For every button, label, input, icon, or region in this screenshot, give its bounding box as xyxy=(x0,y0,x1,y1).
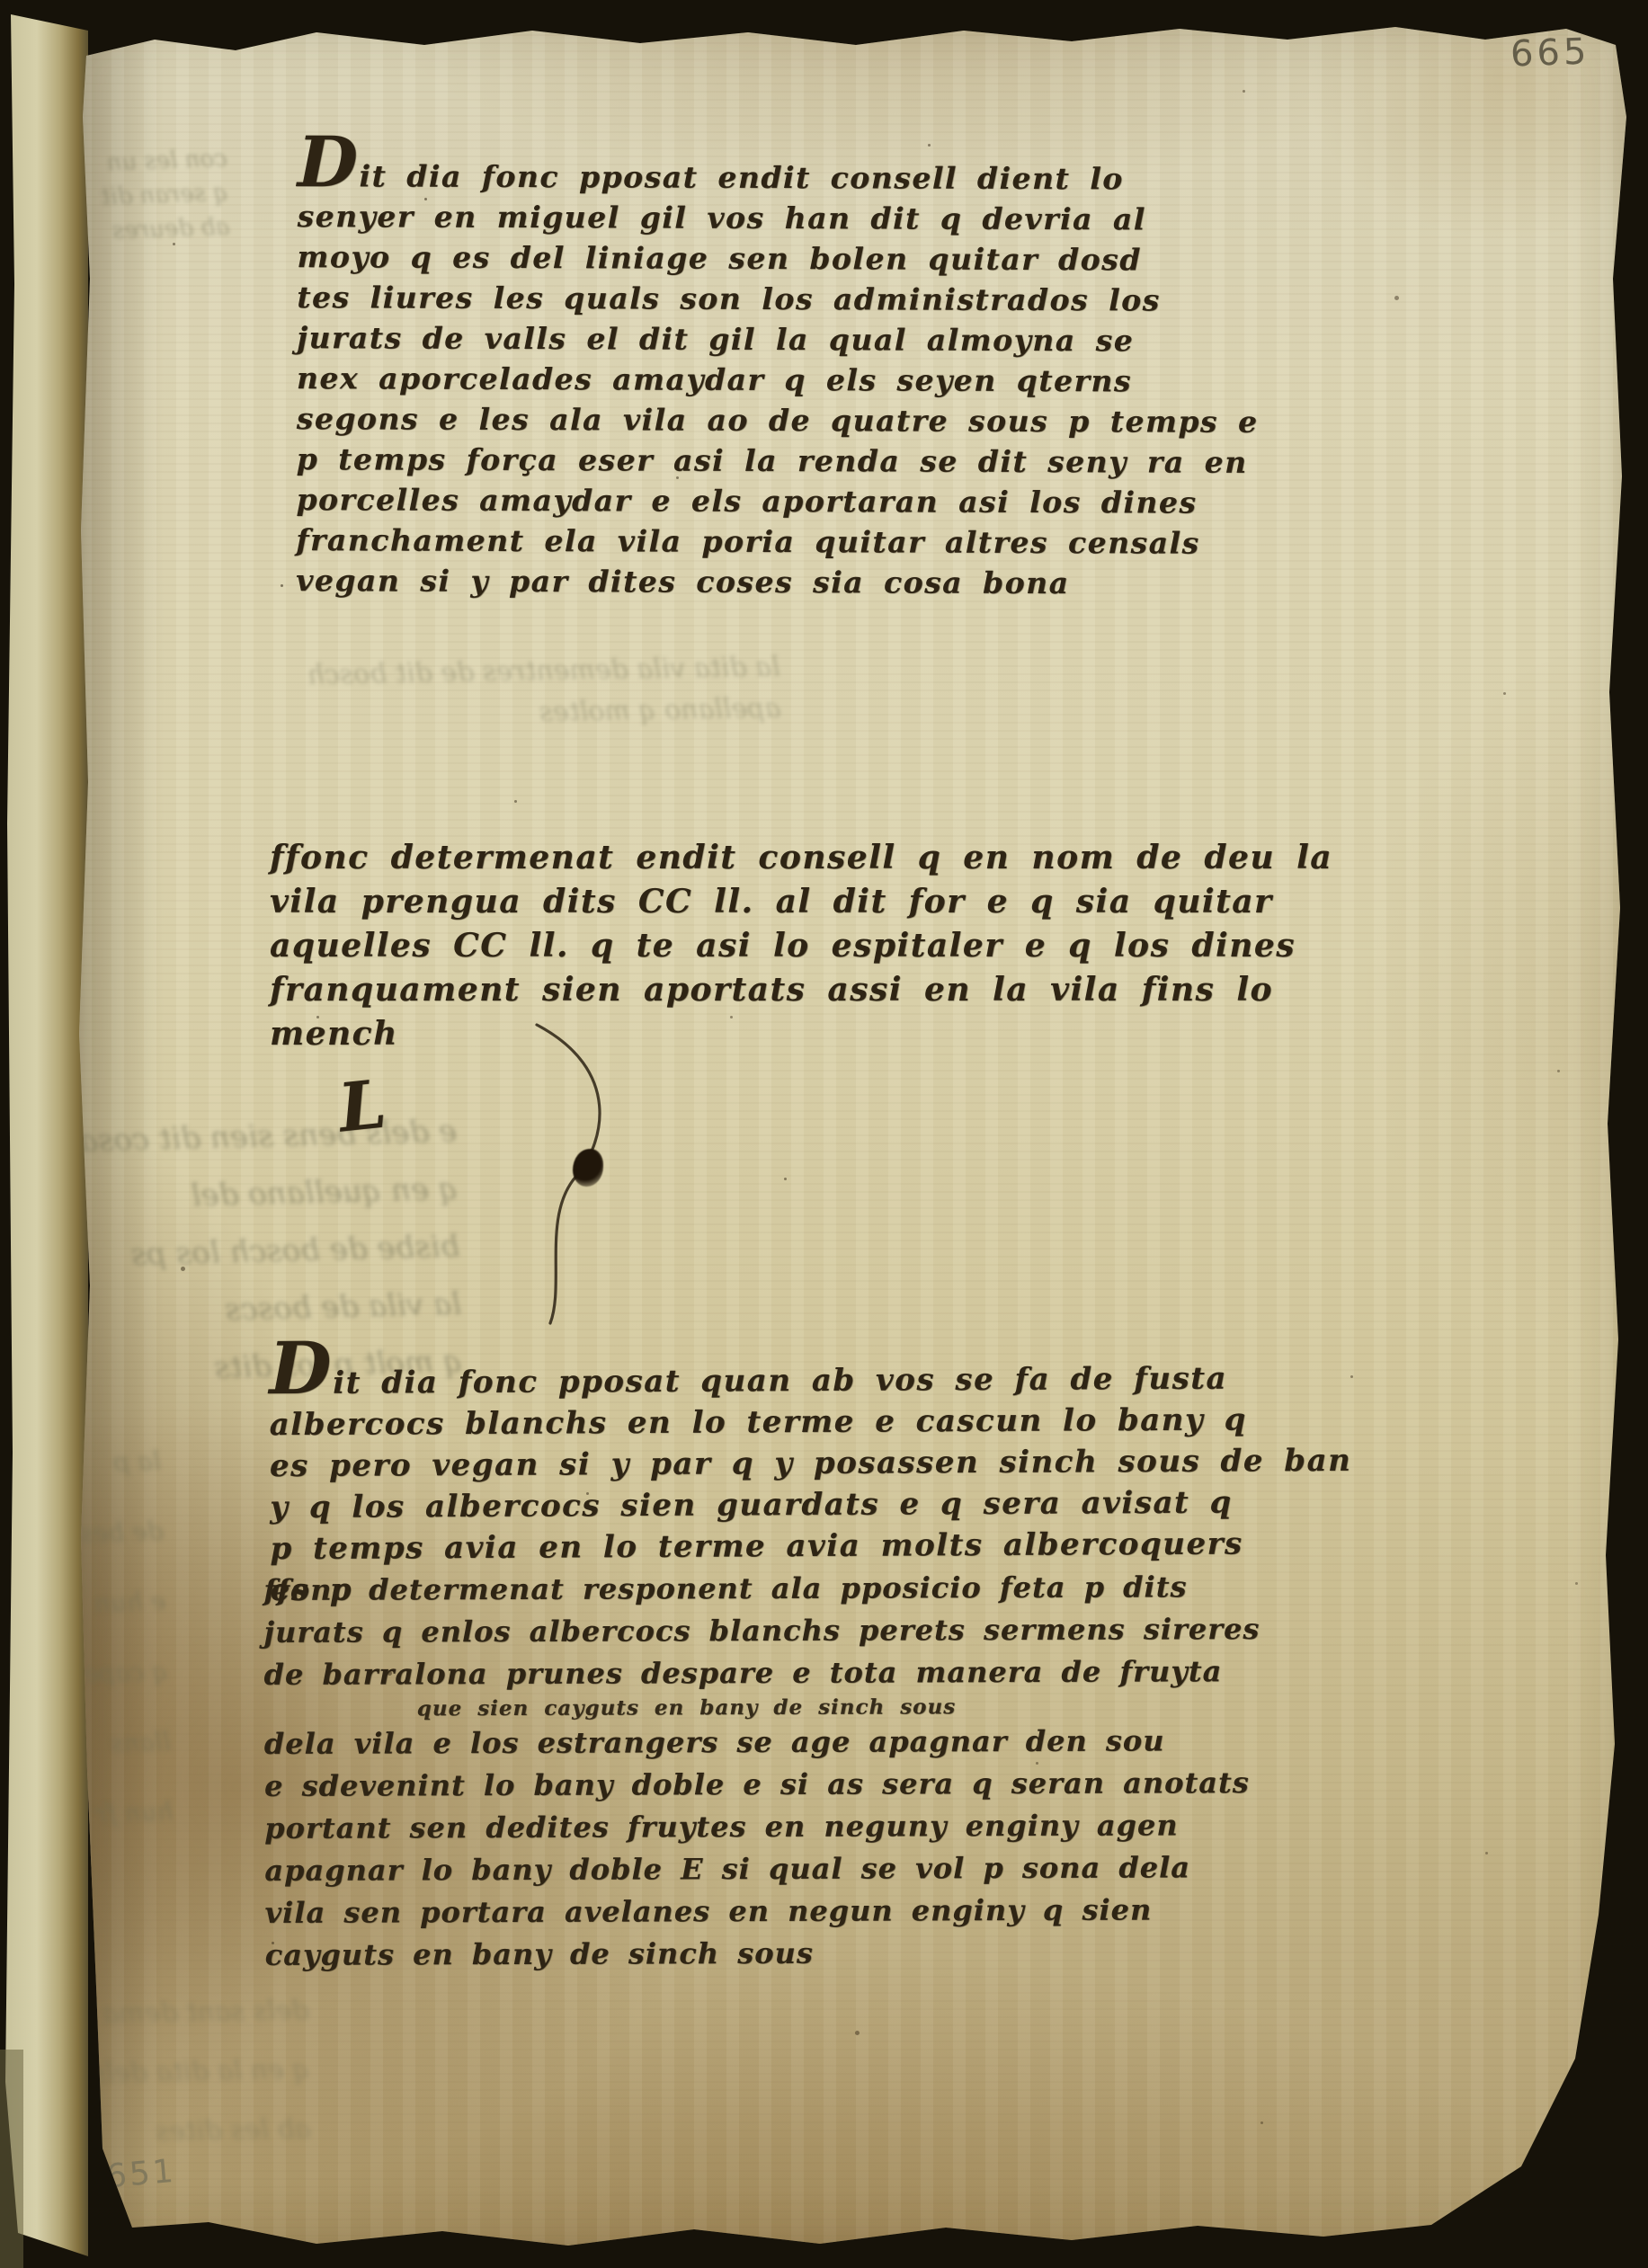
manuscript-line: de barralona prunes despare e tota maner… xyxy=(264,1650,1260,1696)
manuscript-line: vila prengua dits CC ll. al dit for e q … xyxy=(270,880,1332,924)
manuscript-line: porcelles amaydar e els aportaran asi lo… xyxy=(296,479,1258,523)
manuscript-line: tes liures les quals son los administrad… xyxy=(297,277,1259,321)
bleedthrough-line: q en quellano del xyxy=(81,1161,459,1228)
bleedthrough-line: e dels bens sien dit cosa xyxy=(79,1103,458,1170)
bleedthrough-cluster: dels sant dema q en la dita dels ab les … xyxy=(90,1981,311,2163)
manuscript-line: p temps avia en lo terme avia molts albe… xyxy=(270,1523,1352,1570)
bleedthrough-line: q seran dit xyxy=(100,176,228,215)
manuscript-line: dela vila e los estrangers se age apagna… xyxy=(264,1720,1260,1765)
pen-flourish-letter: L xyxy=(335,1066,390,1148)
manuscript-line: franquament sien aportats assi en la vil… xyxy=(270,968,1332,1012)
bleedthrough-cluster: la dita vila dementres de dit bosch apel… xyxy=(307,646,781,737)
manuscript-line: nex aporcelades amaydar q els seyen qter… xyxy=(297,358,1259,402)
paragraph-proposal-1: Dit dia fonc pposat endit consell dient … xyxy=(296,142,1260,604)
manuscript-line: jurats q enlos albercocs blanchs perets … xyxy=(263,1608,1260,1654)
manuscript-line: Dit dia fonc pposat endit consell dient … xyxy=(298,142,1260,200)
manuscript-interlinear-line: que sien cayguts en bany de sinch sous xyxy=(264,1693,1260,1723)
archive-page-number: 665 xyxy=(1510,31,1590,75)
bleedthrough-line: la p xyxy=(76,1427,162,1499)
manuscript-line: portant sen dedites fruytes en neguny en… xyxy=(264,1804,1260,1850)
manuscript-line: e sdevenint lo bany doble e si as sera q… xyxy=(264,1762,1260,1808)
manuscript-line: p temps força eser asi la renda se dit s… xyxy=(297,439,1259,483)
bleedthrough-line: e hun xyxy=(80,1566,166,1639)
manuscript-line: apagnar lo bany doble E si qual se vol p… xyxy=(264,1846,1260,1892)
bleedthrough-line: bisbe de bosch los ps xyxy=(82,1218,460,1285)
manuscript-line: ffonc determenat endit consell q en nom … xyxy=(270,836,1332,880)
bleedthrough-line: llans xyxy=(85,1706,172,1779)
manuscript-line: franchament ela vila poria quitar altres… xyxy=(296,520,1258,564)
manuscript-line: mench xyxy=(270,1012,1332,1056)
manuscript-scan: { "page": { "archive_page_number": "665"… xyxy=(0,0,1648,2268)
manuscript-line: y q los albercocs sien guardats e q sera… xyxy=(270,1481,1352,1528)
manuscript-line: segons e les ala vila ao de quatre sous … xyxy=(297,398,1259,442)
manuscript-line: cayguts en bany de sinch sous xyxy=(265,1931,1261,1977)
manuscript-line: es pero vegan si y par q y posassen sinc… xyxy=(270,1440,1352,1487)
manuscript-line: aquelles CC ll. q te asi lo espitaler e … xyxy=(270,924,1332,968)
manuscript-line: senyer en miguel gil vos han dit q devri… xyxy=(298,196,1260,240)
manuscript-line: moyo q es del liniage sen bolen quitar d… xyxy=(297,236,1259,280)
paragraph-resolution-1: ffonc determenat endit consell q en nom … xyxy=(270,836,1332,1056)
manuscript-line: vegan si y par dites coses sia cosa bona xyxy=(296,560,1258,604)
bleedthrough-line: hun fr xyxy=(87,1776,174,1849)
bleedthrough-line: dels sant dema xyxy=(90,1981,309,2044)
bleedthrough-cluster: la p de bes e hun q cape llans hun fr xyxy=(76,1427,174,1850)
manuscript-line: jurats de valls el dit gil la qual almoy… xyxy=(297,317,1259,361)
bleedthrough-line: ab deures xyxy=(102,210,230,249)
manuscript-line: vila sen portara avelanes en negun engin… xyxy=(264,1889,1260,1934)
underlying-page-edge xyxy=(5,14,88,2256)
bleedthrough-line: apellano q moltes xyxy=(307,688,781,737)
binding-edge-sliver xyxy=(0,2050,23,2268)
paragraph-resolution-2: ffonc determenat responent ala pposicio … xyxy=(263,1566,1261,1977)
bleedthrough-line: de bes xyxy=(78,1496,165,1569)
manuscript-line: ffonc determenat responent ala pposicio … xyxy=(263,1566,1260,1612)
bleedthrough-line: q cape xyxy=(83,1636,169,1709)
manuscript-page: con les un q seran dit ab deures la dita… xyxy=(47,9,1635,2261)
bleedthrough-line: con les un xyxy=(99,142,227,181)
manuscript-line: Dit dia fonc pposat quan ab vos se fa de… xyxy=(269,1342,1351,1404)
bleedthrough-line: ab les dites xyxy=(93,2100,312,2163)
bleedthrough-cluster: con les un q seran dit ab deures xyxy=(99,142,230,249)
manuscript-line: albercocs blanchs en lo terme e cascun l… xyxy=(270,1399,1352,1445)
bleedthrough-line: q en la dita dels xyxy=(91,2041,310,2103)
